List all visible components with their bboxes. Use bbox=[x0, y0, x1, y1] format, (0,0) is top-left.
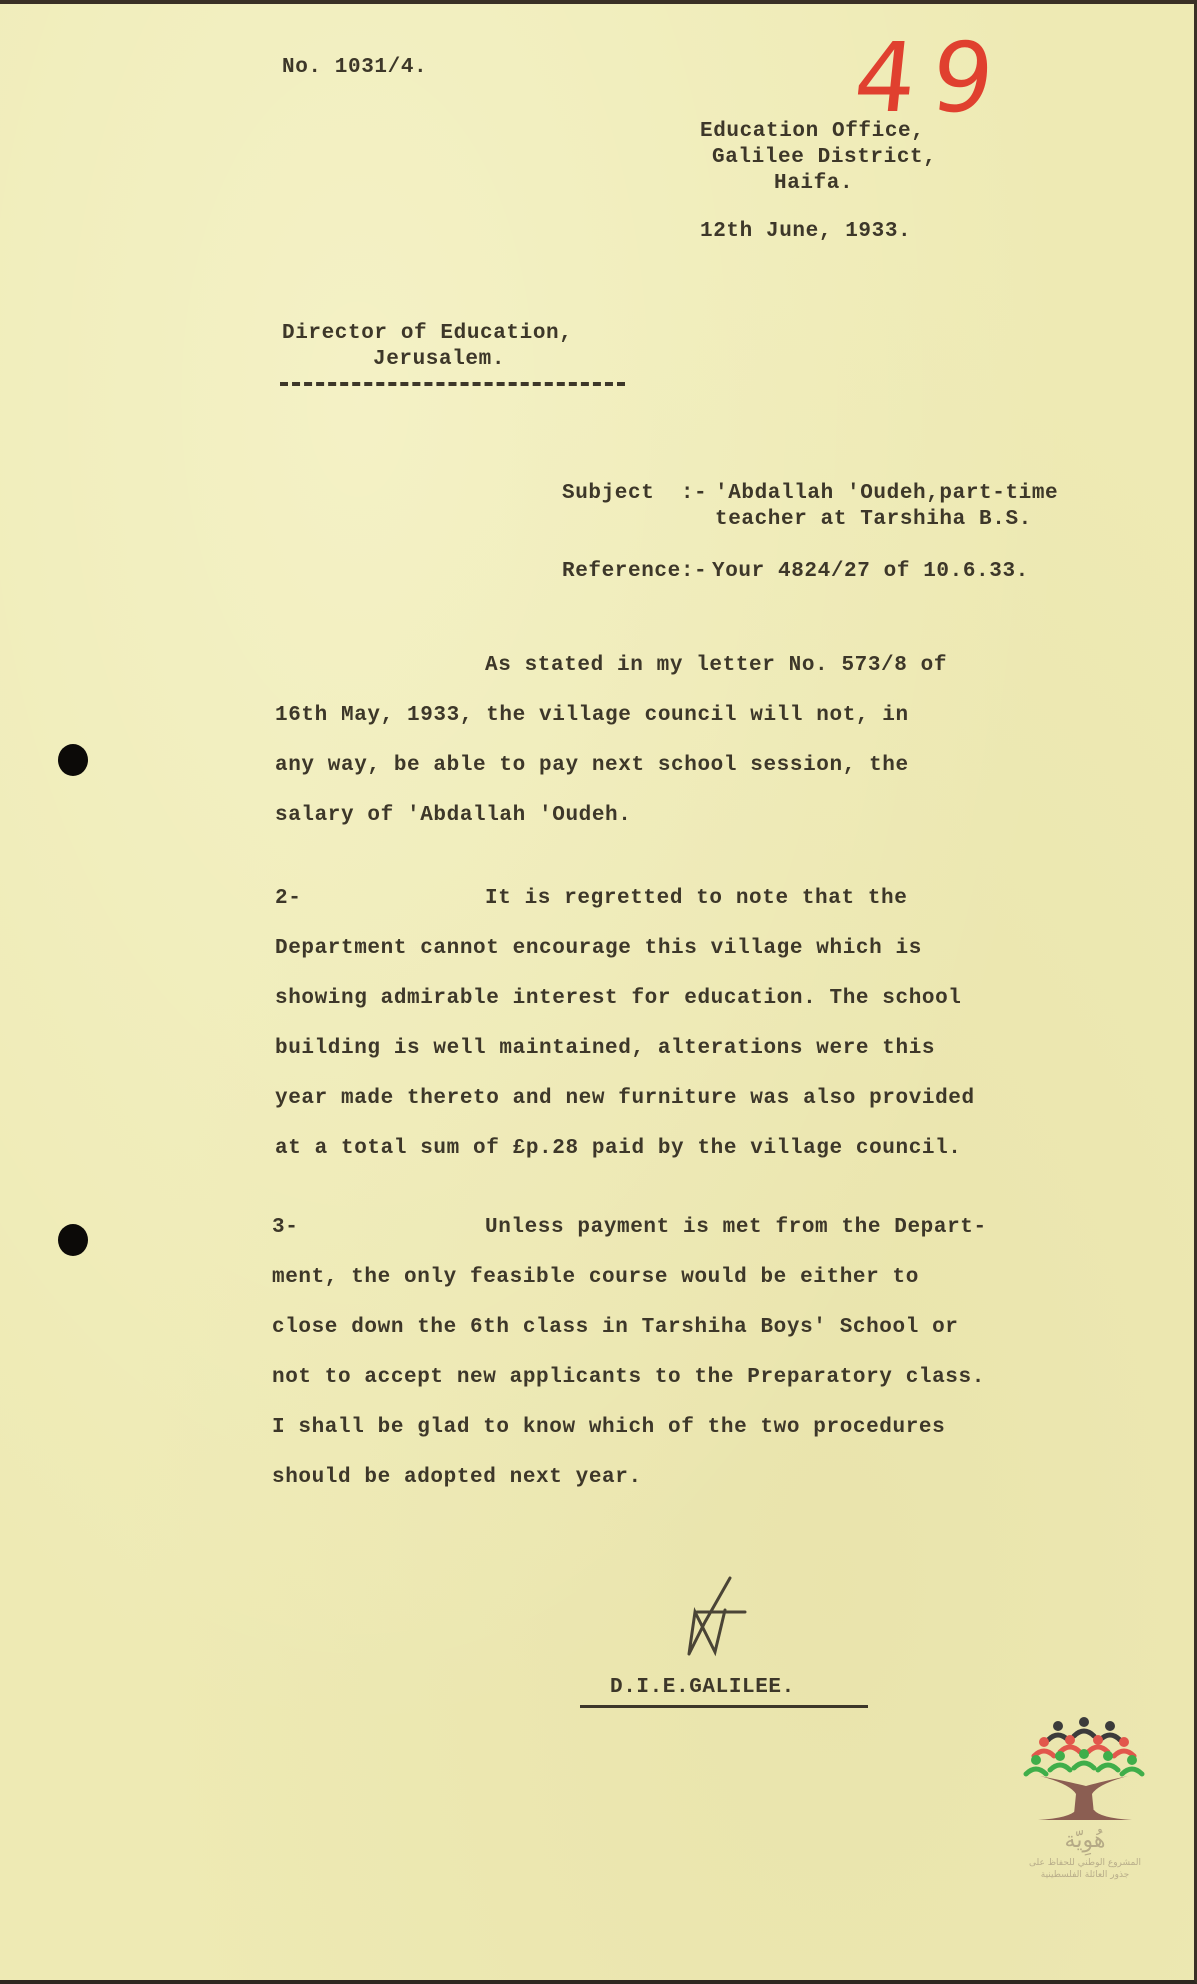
recipient-line-2: Jerusalem. bbox=[373, 348, 505, 371]
paragraph-1-line-2: 16th May, 1933, the village council will… bbox=[275, 704, 909, 727]
watermark-title: هُوِيّة bbox=[1020, 1828, 1150, 1853]
punch-hole-bottom bbox=[58, 1224, 88, 1256]
letter-date: 12th June, 1933. bbox=[700, 220, 911, 243]
paragraph-1-line-3: any way, be able to pay next school sess… bbox=[275, 754, 909, 777]
paragraph-2-line-3: showing admirable interest for education… bbox=[275, 987, 962, 1010]
watermark-line-2: جذور العائلة الفلسطينية bbox=[1020, 1870, 1150, 1880]
paragraph-3-line-3: close down the 6th class in Tarshiha Boy… bbox=[272, 1316, 959, 1339]
paragraph-1-line-1: As stated in my letter No. 573/8 of bbox=[485, 654, 947, 677]
paragraph-2-line-5: year made thereto and new furniture was … bbox=[275, 1087, 975, 1110]
reference-value: Your 4824/27 of 10.6.33. bbox=[712, 560, 1029, 583]
paragraph-3-line-4: not to accept new applicants to the Prep… bbox=[272, 1366, 985, 1389]
reference-number: No. 1031/4. bbox=[282, 56, 427, 79]
document-page: No. 1031/4. 49 Education Office, Galilee… bbox=[0, 0, 1197, 1984]
paragraph-1-line-4: salary of 'Abdallah 'Oudeh. bbox=[275, 804, 631, 827]
paragraph-2-line-2: Department cannot encourage this village… bbox=[275, 937, 922, 960]
paragraph-2-line-4: building is well maintained, alterations… bbox=[275, 1037, 935, 1060]
paragraph-2-line-1: It is regretted to note that the bbox=[485, 887, 907, 910]
paragraph-2-line-6: at a total sum of £p.28 paid by the vill… bbox=[275, 1137, 962, 1160]
subject-label: Subject :- bbox=[562, 482, 707, 505]
folio-number: 49 bbox=[849, 22, 1015, 134]
paragraph-3-line-5: I shall be glad to know which of the two… bbox=[272, 1416, 945, 1439]
family-tree-icon bbox=[1020, 1714, 1150, 1814]
recipient-line-1: Director of Education, bbox=[282, 322, 572, 345]
subject-line-2: teacher at Tarshiha B.S. bbox=[715, 508, 1032, 531]
tree-roots-icon bbox=[1020, 1810, 1150, 1830]
sender-address-line-3: Haifa. bbox=[774, 172, 853, 195]
signature-mark-icon bbox=[675, 1574, 755, 1664]
signatory-title: D.I.E.GALILEE. bbox=[610, 1676, 795, 1699]
signature-underline bbox=[580, 1705, 868, 1708]
sender-address-line-2: Galilee District, bbox=[712, 146, 936, 169]
paragraph-3-line-2: ment, the only feasible course would be … bbox=[272, 1266, 919, 1289]
paragraph-3-number: 3- bbox=[272, 1216, 298, 1239]
paragraph-3-line-1: Unless payment is met from the Depart- bbox=[485, 1216, 987, 1239]
paragraph-2-number: 2- bbox=[275, 887, 301, 910]
reference-label: Reference:- bbox=[562, 560, 707, 583]
sender-address-line-1: Education Office, bbox=[700, 120, 924, 143]
watermark-line-1: المشروع الوطني للحفاظ على bbox=[1020, 1858, 1150, 1868]
archive-watermark-logo: هُوِيّة المشروع الوطني للحفاظ على جذور ا… bbox=[1020, 1714, 1150, 1879]
punch-hole-top bbox=[58, 744, 88, 776]
recipient-underline bbox=[280, 382, 625, 386]
subject-line-1: 'Abdallah 'Oudeh,part-time bbox=[715, 482, 1058, 505]
paragraph-3-line-6: should be adopted next year. bbox=[272, 1466, 642, 1489]
